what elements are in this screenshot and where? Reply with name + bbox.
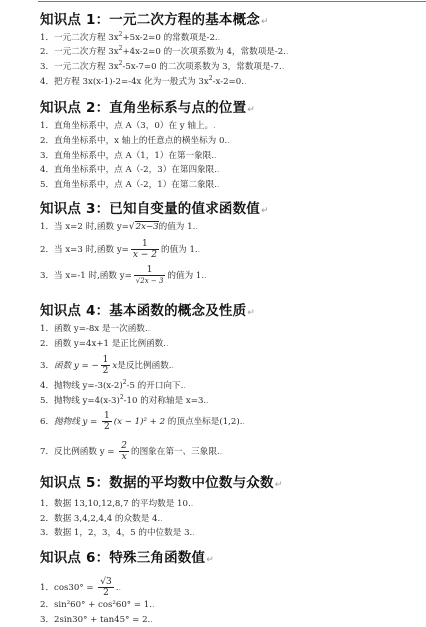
fraction: 12 [101, 355, 111, 376]
list-item: 3．函数 y = −12x是反比例函数.. [40, 355, 174, 376]
list-item: 3．数据 1，2，3，4，5 的中位数是 3.. [40, 528, 195, 538]
page-top-rule [38, 1, 426, 2]
list-item: 1．数据 13,10,12,8,7 的平均数是 10.. [40, 499, 193, 509]
list-item: 2．数据 3,4,2,4,4 的众数是 4.. [40, 514, 163, 524]
list-item: 3．一元二次方程 3x2-5x-7=0 的二次项系数为 3，常数项是-7.. [40, 62, 284, 72]
paragraph-mark-icon: ↵ [247, 308, 255, 318]
list-item: 4．直角坐标系中，点 A（-2，3）在第四象限.. [40, 165, 220, 175]
fraction: 2x [119, 441, 129, 462]
list-item: 1．cos30° = √32.. [40, 577, 121, 598]
list-item: 1．函数 y=-8x 是一次函数.. [40, 324, 150, 334]
list-item: 3．当 x=-1 时,函数 y=1√2x − 3的值为 1.. [40, 265, 207, 286]
section-2-title: 知识点 2：直角坐标系与点的位置↵ [40, 96, 255, 116]
paragraph-mark-icon: ↵ [261, 17, 269, 27]
section-1-title: 知识点 1：一元二次方程的基本概念↵ [40, 8, 269, 28]
fraction: 12 [102, 411, 112, 432]
section-5-title: 知识点 5：数据的平均数中位数与众数↵ [40, 471, 282, 491]
fraction: 1x − 2 [131, 239, 159, 260]
list-item: 3．直角坐标系中，点 A（1，1）在第一象限.. [40, 151, 217, 161]
list-item: 1．直角坐标系中，点 A（3，0）在 y 轴上。. [40, 121, 216, 131]
section-6-title: 知识点 6：特殊三角函数值↵ [40, 546, 214, 566]
list-item: 5．直角坐标系中，点 A（-2，1）在第二象限.. [40, 180, 220, 190]
list-item: 6．抛物线 y = 12(x − 1)² + 2 的顶点坐标是(1,2).. [40, 411, 245, 432]
paragraph-mark-icon: ↵ [247, 105, 255, 115]
paragraph-mark-icon: ↵ [206, 555, 214, 565]
list-item: 2．直角坐标系中，x 轴上的任意点的横坐标为 0.. [40, 136, 230, 146]
section-3-title: 知识点 3：已知自变量的值求函数值↵ [40, 197, 269, 217]
sqrt-icon: √ [129, 222, 135, 232]
list-item: 2．一元二次方程 3x2+4x-2=0 的一次项系数为 4，常数项是-2.. [40, 47, 289, 57]
paragraph-mark-icon: ↵ [275, 480, 283, 490]
list-item: 5．抛物线 y=4(x-3)2-10 的对称轴是 x=3.. [40, 396, 209, 406]
list-item: 2．sin²60° + cos²60° = 1.. [40, 600, 155, 610]
list-item: 3．2sin30° + tan45° = 2.. [40, 615, 153, 625]
fraction: √32 [98, 577, 113, 598]
list-item: 4．抛物线 y=-3(x-2)2-5 的开口向下.. [40, 381, 186, 391]
list-item: 1．当 x=2 时,函数 y=√2x−3的值为 1.. [40, 222, 198, 232]
list-item: 2．当 x=3 时,函数 y=1x − 2的值为 1.. [40, 239, 200, 260]
paragraph-mark-icon: ↵ [261, 206, 269, 216]
list-item: 1．一元二次方程 3x2+5x-2=0 的常数项是-2.. [40, 33, 220, 43]
fraction: 1√2x − 3 [134, 265, 166, 286]
list-item: 4．把方程 3x(x-1)-2=-4x 化为一般式为 3x2-x-2=0.. [40, 77, 246, 87]
section-4-title: 知识点 4：基本函数的概念及性质↵ [40, 299, 255, 319]
list-item: 7．反比例函数 y = 2x的图象在第一、三象限.. [40, 441, 222, 462]
list-item: 2．函数 y=4x+1 是正比例函数.. [40, 339, 169, 349]
